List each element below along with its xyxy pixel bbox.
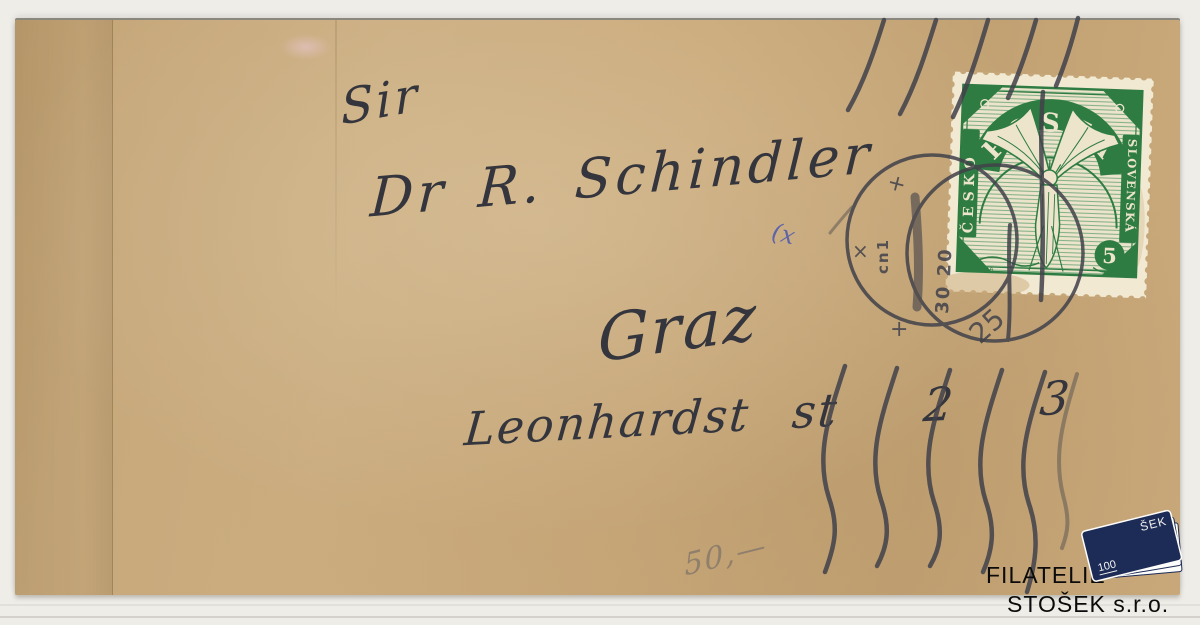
envelope-crease — [335, 20, 337, 330]
stamp-artwork: POSTA ČESKO SLOVENSKÁ — [944, 71, 1155, 300]
address-line-name: Dr R. Schindler — [369, 122, 875, 230]
address-line-city: Graz — [598, 281, 758, 378]
stamp-denomination: 5 — [1102, 243, 1117, 268]
address-line-street: Leonhardst st 2 3 — [462, 370, 1073, 456]
envelope: Sir Dr R. Schindler (x Graz Leonhardst s… — [15, 20, 1180, 595]
postage-stamp: POSTA ČESKO SLOVENSKÁ — [944, 71, 1155, 300]
pencil-price-note: 50,— — [683, 527, 769, 583]
blue-ink-mark: (x — [769, 218, 798, 251]
stamp-designer-signature: MUCHA — [967, 265, 995, 273]
badge-number: 100 — [1097, 558, 1118, 575]
address-line-salutation: Sir — [340, 66, 421, 136]
dealer-watermark-line2: STOŠEK s.r.o. — [1007, 591, 1169, 618]
envelope-fold-strip — [15, 20, 113, 595]
photo-of-postal-cover: Sir Dr R. Schindler (x Graz Leonhardst s… — [0, 0, 1200, 625]
badge-top-text: ŠEK — [1139, 514, 1169, 534]
paper-smudge — [280, 34, 332, 60]
dealer-watermark-line1: FILATELIE — [986, 562, 1106, 589]
